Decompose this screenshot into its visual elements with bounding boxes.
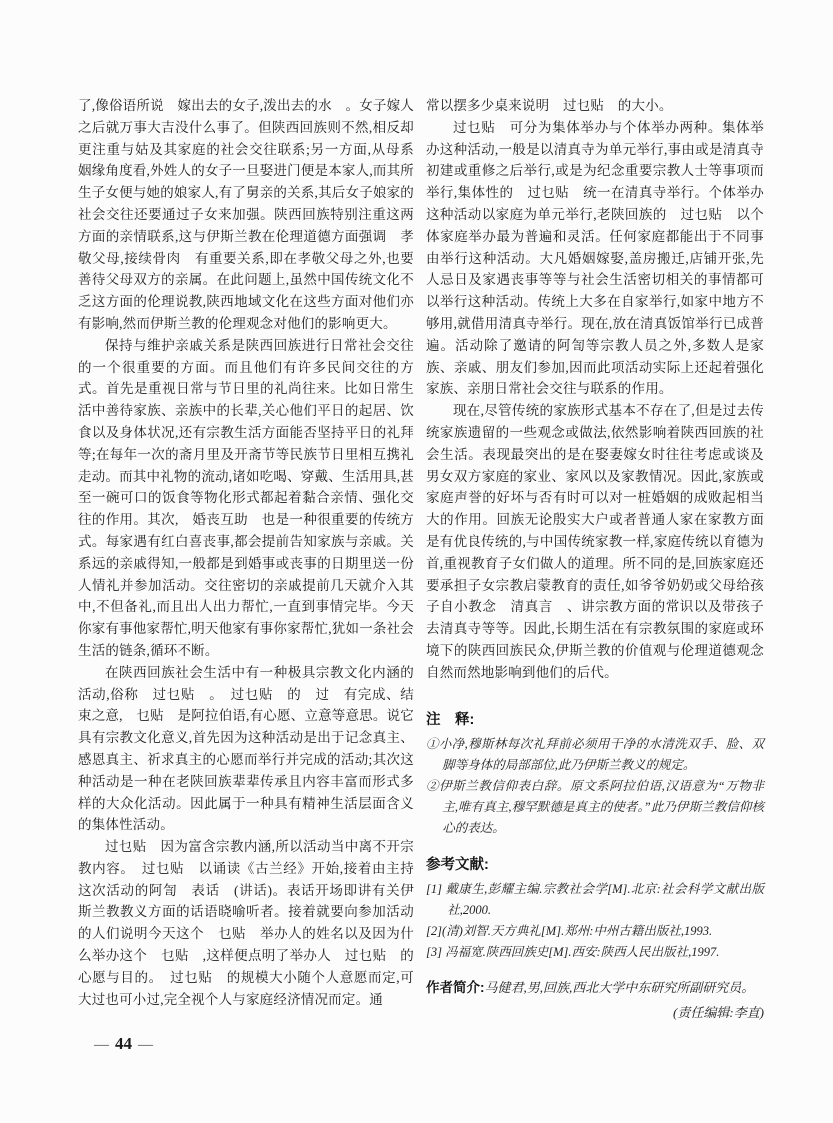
reference-item: [2](清)刘智.天方典礼[M].郑州:中州古籍出版社,1993. [426, 921, 764, 942]
notes-heading: 注 释: [426, 709, 764, 731]
page-number: —44— [88, 1034, 159, 1054]
body-paragraph: 现在,尽管传统的家族形式基本不存在了,但是过去传统家族遗留的一些观念或做法,依然… [426, 400, 764, 683]
body-paragraph: 在陕西回族社会生活中有一种极具宗教文化内涵的活动,俗称 过乜贴 。 过乜贴 的 … [78, 662, 414, 836]
note-item: ①小净,穆斯林每次礼拜前必须用干净的水清洗双手、脸、双脚等身体的局部部位,此乃伊… [426, 734, 764, 776]
reference-item: [1] 戴康生,彭耀主编.宗教社会学[M].北京:社会科学文献出版社,2000. [426, 879, 764, 921]
editor-note: (责任编辑:李直) [426, 1002, 764, 1024]
body-paragraph: 常以摆多少桌来说明 过乜贴 的大小。 [426, 95, 764, 117]
right-column: 常以摆多少桌来说明 过乜贴 的大小。 过乜贴 可分为集体举办与个体举办两种。集体… [426, 95, 764, 1024]
references-list: [1] 戴康生,彭耀主编.宗教社会学[M].北京:社会科学文献出版社,2000.… [426, 879, 764, 963]
left-column: 了,像俗语所说 嫁出去的女子,泼出去的水 。女子嫁人之后就万事大吉没什么事了。但… [78, 95, 414, 1010]
note-item: ②伊斯兰教信仰表白辞。原文系阿拉伯语,汉语意为“万物非主,唯有真主,穆罕默德是真… [426, 776, 764, 839]
body-paragraph: 了,像俗语所说 嫁出去的女子,泼出去的水 。女子嫁人之后就万事大吉没什么事了。但… [78, 95, 414, 335]
page-number-value: 44 [115, 1034, 132, 1053]
body-paragraph: 过乜贴 因为富含宗教内涵,所以活动当中离不开宗教内容。 过乜贴 以诵读《古兰经》… [78, 836, 414, 1010]
author-bio: 作者简介:马健君,男,回族,西北大学中东研究所副研究员。 [426, 977, 764, 999]
author-bio-label: 作者简介: [426, 980, 485, 995]
page-number-dash: — [88, 1037, 115, 1053]
body-paragraph: 保持与维护亲戚关系是陕西回族进行日常社会交往的一个很重要的方面。而且他们有许多民… [78, 335, 414, 662]
notes-list: ①小净,穆斯林每次礼拜前必须用干净的水清洗双手、脸、双脚等身体的局部部位,此乃伊… [426, 734, 764, 839]
paper-page: 了,像俗语所说 嫁出去的女子,泼出去的水 。女子嫁人之后就万事大吉没什么事了。但… [0, 0, 833, 1123]
author-bio-text: 马健君,男,回族,西北大学中东研究所副研究员。 [485, 980, 755, 995]
body-paragraph: 过乜贴 可分为集体举办与个体举办两种。集体举办这种活动,一般是以清真寺为单元举行… [426, 117, 764, 400]
page-number-dash: — [132, 1037, 159, 1053]
references-heading: 参考文献: [426, 854, 764, 876]
reference-item: [3] 冯福宽.陕西回族史[M].西安:陕西人民出版社,1997. [426, 942, 764, 963]
